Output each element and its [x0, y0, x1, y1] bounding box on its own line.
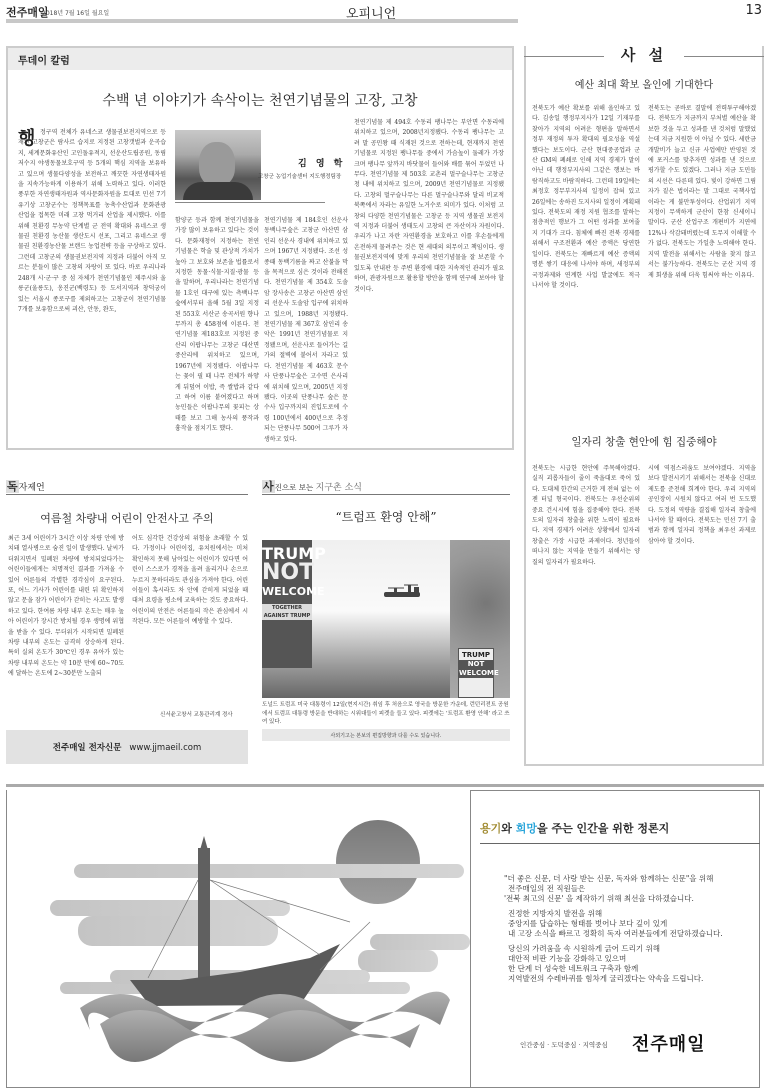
reader-byline: 신서윤고창서 교통관리계 경사	[160, 710, 233, 718]
author-name: 김 영 학	[298, 156, 345, 169]
reader-col2: 어도 심각한 건강상의 위험을 초래할 수 있다. 가정이나 어린이집, 유치원…	[132, 534, 248, 710]
sign-large-banner: TOGETHER AGAINST TRUMP	[262, 604, 312, 620]
today-column-title: 수백 년 이야기가 속삭이는 천연기념물의 고장, 고창	[8, 90, 512, 110]
reader-title: 여름철 차량내 어린이 안전사고 주의	[6, 510, 248, 526]
today-column-col1: 정구역 전체가 유네스코 생물권보전지역으로 등재된 고창군은 람사르 습지로 …	[18, 128, 166, 444]
ad-line: 진정한 지방자치 발전을 위해	[504, 909, 754, 919]
photo-label-grey: 지구촌 소식	[316, 483, 362, 493]
today-column-header: 투데이 칼럼	[8, 48, 512, 70]
epaper-banner[interactable]: 전주매일 전자신문www.jjmaeil.com	[6, 730, 248, 764]
today-column-col4: 천연기념물 제 494호 수동리 팽나무는 부안면 수동리에 위치하고 있으며,…	[354, 118, 504, 444]
author-title: 고창군 농업기술센터 지도행정팀장	[258, 172, 341, 180]
photo-caption: 도널드 트럼프 미국 대통령이 12일(현지시간) 취임 후 처음으로 영국을 …	[262, 701, 510, 727]
ad-slogan: 용기와 희망을 주는 인간을 위한 정론지	[480, 820, 669, 836]
reader-rule	[6, 494, 248, 495]
ad-body: "더 좋은 신문, 더 사랑 받는 신문, 독자와 함께하는 신문"을 위해 전…	[504, 874, 754, 989]
aircraft-icon	[374, 584, 434, 600]
ad-slogan-rule	[480, 843, 760, 844]
editorial-rule-right	[684, 56, 764, 57]
epaper-name: 전주매일 전자신문	[53, 743, 122, 753]
today-column-col3: 천연기념물 제 184호인 선운사 동백나무숲은 고창군 아산면 삼인리 선운사…	[264, 216, 348, 444]
editorial-rule-left	[524, 56, 604, 57]
editorial-2-col1: 전북도는 시급한 현안에 주목해야겠다. 실직 괴롭자들이 줄이 죽을대로 죽어…	[532, 464, 640, 760]
photo-title: “트럼프 환영 안해”	[262, 508, 510, 525]
masthead-rule	[6, 19, 518, 23]
editorial-1-col2: 전북도는 곧바로 결말에 전력투구해야겠다. 전북도가 지금까지 부처별 예산을…	[648, 104, 756, 416]
page-number: 13	[745, 3, 762, 18]
editorial-title-1: 예산 최대 확보 올인에 기대한다	[524, 76, 764, 91]
ad-line: 한 단계 더 성숙한 네트워크 구축과 함께	[504, 964, 754, 974]
slogan-hope: 희망	[516, 822, 537, 835]
protest-sign-small: TRUMP NOT WELCOME	[458, 648, 494, 698]
news-photo: TRUMP NOT WELCOME TOGETHER AGAINST TRUMP…	[262, 540, 510, 698]
photo-note: 사외기고는 본보의 편집방향과 다를 수도 있습니다.	[262, 732, 510, 739]
ad-line: 당신의 가려움을 속 시원하게 긁어 드리기 위해	[504, 944, 754, 954]
section-separator	[6, 784, 764, 787]
photo-note-box: 사외기고는 본보의 편집방향과 다를 수도 있습니다.	[262, 729, 510, 741]
ad-paragraph-3: 당신의 가려움을 속 시원하게 긁어 드리기 위해 대안적 비판 기능을 강화하…	[504, 944, 754, 984]
today-column-col2: 함양군 등과 함께 천연기념물을 가장 많이 보유하고 있다는 것이다. 문화재…	[175, 216, 259, 444]
reader-col1: 최근 3세 어린이가 3시간 이상 차량 안에 방치돼 열사병으로 숨진 일이 …	[8, 534, 124, 710]
author-divider	[175, 202, 325, 203]
sign-small-line2: NOT	[459, 660, 493, 669]
sign-small-line3: WELCOME	[459, 669, 493, 678]
ad-line: 대안적 비판 기능을 강화하고 있으며	[504, 954, 754, 964]
ad-footer-tagline: 인간중심 · 도덕중심 · 지역중심	[520, 1040, 608, 1049]
epaper-text: 전주매일 전자신문www.jjmaeil.com	[6, 741, 248, 753]
photo-label-rest: 진으로 보는	[275, 483, 314, 492]
photo-rule	[262, 494, 510, 495]
ad-logo: 전주매일	[632, 1030, 706, 1056]
ad-paragraph-2: 진정한 지방자치 발전을 위해 중앙지를 답습하는 형태를 벗어나 보다 깊이 …	[504, 909, 754, 939]
author-body	[183, 182, 253, 200]
ad-line: 전주매일의 전 직원들은	[504, 884, 754, 894]
editorial-1-col1: 전북도가 예산 확보를 위해 올인하고 있다. 김송일 행정부지사가 12일 기…	[532, 104, 640, 416]
sign-small-line1: TRUMP	[462, 651, 490, 659]
slogan-and: 와	[501, 822, 515, 835]
editorial-2-col2: 시에 역점스러움도 보여야겠다. 지역을 보다 발전시키기 위해서는 전북을 신…	[648, 464, 756, 760]
slogan-rest: 을 주는 인간을 위한 정론지	[537, 822, 669, 835]
protest-sign-large: TRUMP NOT WELCOME TOGETHER AGAINST TRUMP	[262, 540, 312, 668]
editorial-title-2: 일자리 창출 현안에 힘 집중해야	[524, 434, 764, 449]
photo-section-label: 사진으로 보는 지구촌 소식	[262, 478, 362, 494]
editorial-label: 사 설	[604, 44, 684, 65]
masthead-date: 2018년 7월 16일 월요일	[42, 8, 109, 17]
sign-large-line3: WELCOME	[262, 584, 312, 600]
ship-illustration	[30, 810, 470, 1070]
reader-label-rest: 자제언	[19, 483, 45, 493]
reader-section-label: 독자제언	[6, 478, 45, 494]
photo-label-initial: 사	[262, 480, 275, 493]
today-column-label: 투데이 칼럼	[18, 52, 70, 67]
ad-line: '전북 최고의 신문' 을 제작하기 위해 최선을 다하겠습니다.	[504, 894, 754, 904]
slogan-courage: 용기	[480, 822, 501, 835]
ad-line: "더 좋은 신문, 더 사랑 받는 신문, 독자와 함께하는 신문"을 위해	[504, 874, 754, 884]
ad-line: 중앙지를 답습하는 형태를 벗어나 보다 깊이 있게	[504, 919, 754, 929]
today-column: 투데이 칼럼 수백 년 이야기가 속삭이는 천연기념물의 고장, 고창 행 정구…	[6, 46, 514, 450]
sign-large-line2: NOT	[262, 562, 312, 584]
author-photo	[175, 130, 261, 200]
ad-paragraph-1: "더 좋은 신문, 더 사랑 받는 신문, 독자와 함께하는 신문"을 위해 전…	[504, 874, 754, 904]
author-face	[199, 142, 235, 186]
reader-label-initial: 독	[6, 480, 19, 493]
epaper-url[interactable]: www.jjmaeil.com	[129, 743, 201, 753]
ad-line: 내 고장 소식을 빠르고 정확히 독자 여러분들에게 전달하겠습니다.	[504, 929, 754, 939]
ad-line: 지역발전의 수레바퀴를 힘차게 굴리겠다는 약속을 드립니다.	[504, 974, 754, 984]
